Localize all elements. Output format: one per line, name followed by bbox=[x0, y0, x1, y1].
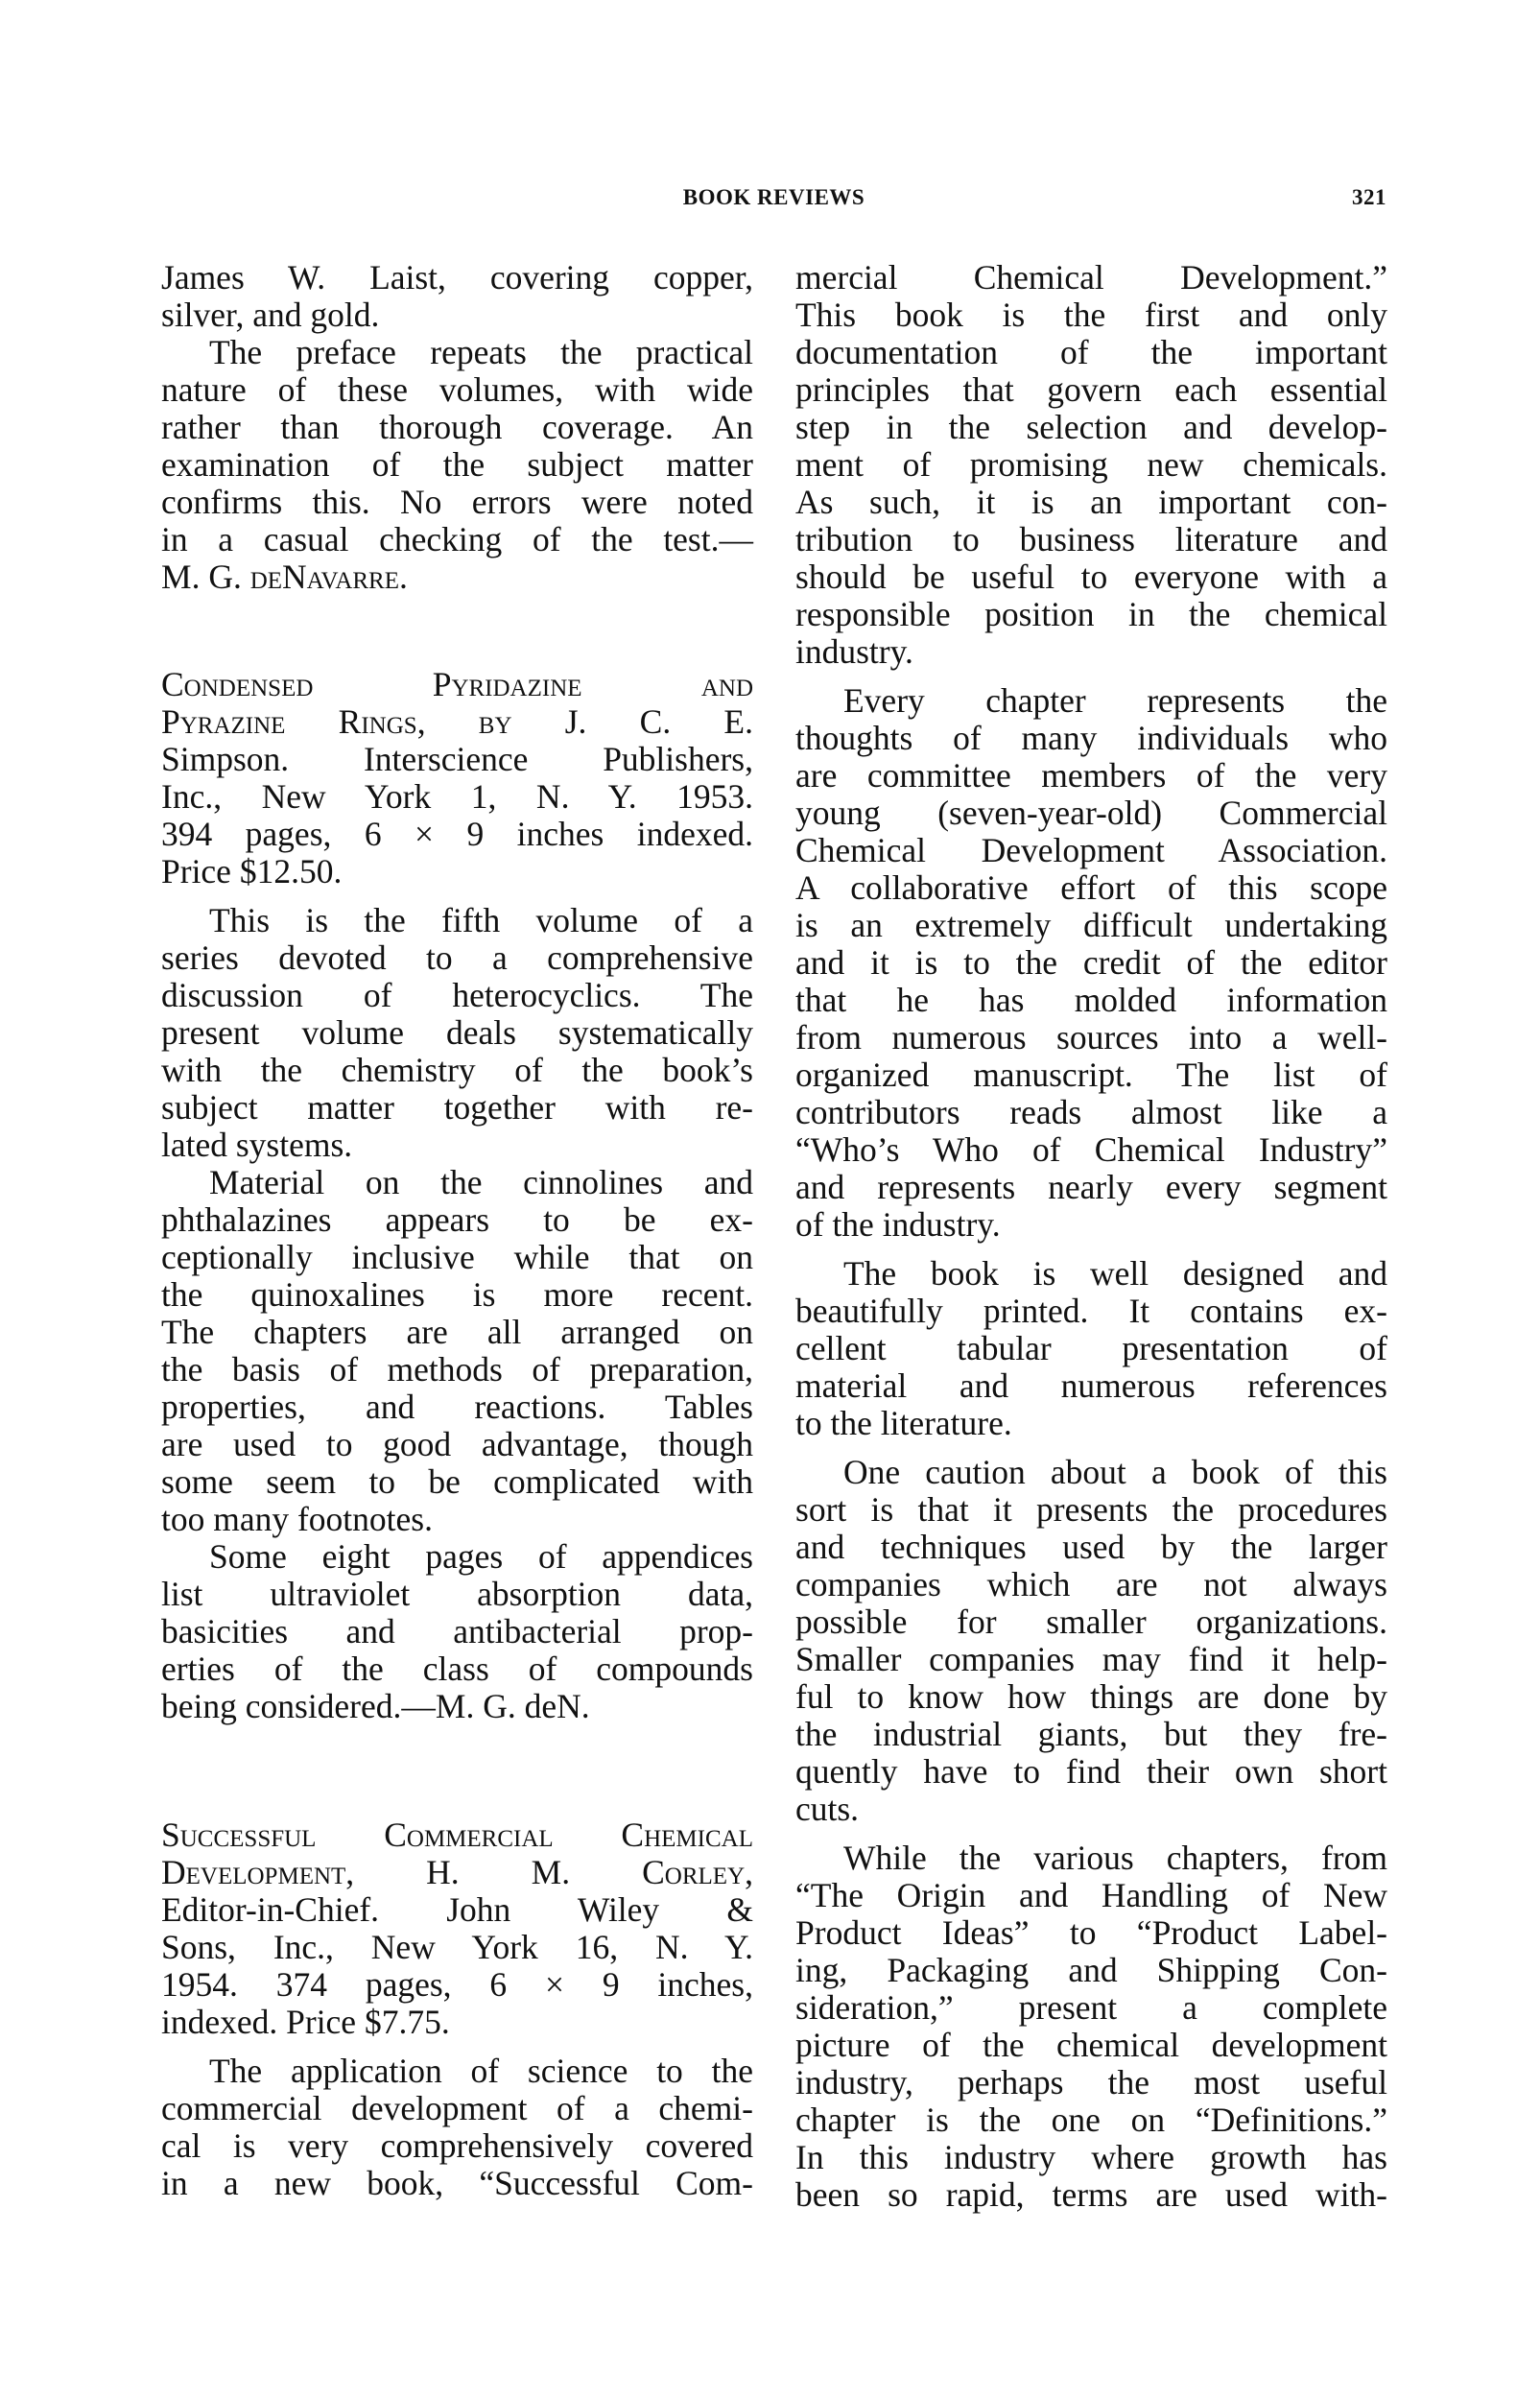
heading-line: Editor-in-Chief. John Wiley & bbox=[161, 1891, 753, 1929]
text-line: to the literature. bbox=[795, 1405, 1387, 1442]
text-line: young (seven-year-old) Commercial bbox=[795, 795, 1387, 832]
text-line: of the industry. bbox=[795, 1206, 1387, 1244]
text-line: lated systems. bbox=[161, 1127, 753, 1164]
heading-line: Development, H. M. Corley, bbox=[161, 1854, 753, 1891]
text-line: sideration,” present a complete bbox=[795, 1989, 1387, 2027]
text-line: While the various chapters, from bbox=[795, 1840, 1387, 1877]
text-line: are committee members of the very bbox=[795, 757, 1387, 795]
text-line: Some eight pages of appendices bbox=[161, 1538, 753, 1576]
text-line: documentation of the important bbox=[795, 334, 1387, 371]
heading-line: 1954. 374 pages, 6 × 9 inches, bbox=[161, 1966, 753, 2004]
text-line: thoughts of many individuals who bbox=[795, 720, 1387, 757]
text-line: The book is well designed and bbox=[795, 1255, 1387, 1293]
heading-line: Successful Commercial Chemical bbox=[161, 1816, 753, 1854]
text-line: are used to good advantage, though bbox=[161, 1426, 753, 1463]
text-line: cal is very comprehensively covered bbox=[161, 2127, 753, 2165]
text-line: step in the selection and develop- bbox=[795, 409, 1387, 446]
text-line: erties of the class of compounds bbox=[161, 1650, 753, 1688]
text-line: “Who’s Who of Chemical Industry” bbox=[795, 1131, 1387, 1169]
text-line: possible for smaller organizations. bbox=[795, 1603, 1387, 1641]
reviewer-signature: M. G. deNavarre. bbox=[161, 558, 753, 596]
text-line: ing, Packaging and Shipping Con- bbox=[795, 1952, 1387, 1989]
paragraph: This is the fifth volume of a series dev… bbox=[161, 902, 753, 1164]
text-line: organized manuscript. The list of bbox=[795, 1057, 1387, 1094]
text-line: Chemical Development Association. bbox=[795, 832, 1387, 869]
text-line: chapter is the one on “Definitions.” bbox=[795, 2101, 1387, 2139]
text-line: been so rapid, terms are used with- bbox=[795, 2176, 1387, 2214]
text-line: present volume deals systematically bbox=[161, 1014, 753, 1052]
text-line: Product Ideas” to “Product Label- bbox=[795, 1914, 1387, 1952]
paragraph: While the various chapters, from “The Or… bbox=[795, 1840, 1387, 2214]
text-line: rather than thorough coverage. An bbox=[161, 409, 753, 446]
text-line: A collaborative effort of this scope bbox=[795, 869, 1387, 907]
text-line: basicities and antibacterial prop- bbox=[161, 1613, 753, 1650]
paragraph: Material on the cinnolines and phthalazi… bbox=[161, 1164, 753, 1538]
left-column: James W. Laist, covering copper, silver,… bbox=[161, 259, 753, 2202]
heading-line: 394 pages, 6 × 9 inches indexed. bbox=[161, 816, 753, 853]
text-line: companies which are not always bbox=[795, 1566, 1387, 1603]
text-line: This book is the first and only bbox=[795, 297, 1387, 334]
text-line: James W. Laist, covering copper, bbox=[161, 259, 753, 297]
text-line: mercial Chemical Development.” bbox=[795, 259, 1387, 297]
text-line: nature of these volumes, with wide bbox=[161, 371, 753, 409]
text-line: and it is to the credit of the editor bbox=[795, 944, 1387, 982]
text-line: contributors reads almost like a bbox=[795, 1094, 1387, 1131]
right-column: mercial Chemical Development.” This book… bbox=[795, 259, 1387, 2214]
text-line: industry. bbox=[795, 633, 1387, 671]
signature-name: deNavarre. bbox=[250, 558, 408, 596]
text-line: commercial development of a chemi- bbox=[161, 2090, 753, 2127]
review-heading-commercial-chemical: Successful Commercial Chemical Developme… bbox=[161, 1816, 753, 2041]
text-line: subject matter together with re- bbox=[161, 1089, 753, 1127]
text-line: properties, and reactions. Tables bbox=[161, 1389, 753, 1426]
text-line: Material on the cinnolines and bbox=[161, 1164, 753, 1201]
review-heading-pyridazine: Condensed Pyridazine and Pyrazine Rings,… bbox=[161, 666, 753, 890]
text-line: is an extremely difficult undertaking bbox=[795, 907, 1387, 944]
paragraph: Some eight pages of appendices list ultr… bbox=[161, 1538, 753, 1725]
text-line: the basis of methods of preparation, bbox=[161, 1351, 753, 1389]
text-line: silver, and gold. bbox=[161, 297, 753, 334]
text-line: series devoted to a comprehensive bbox=[161, 939, 753, 977]
text-line: confirms this. No errors were noted bbox=[161, 484, 753, 521]
review-tail-laist: James W. Laist, covering copper, silver,… bbox=[161, 259, 753, 596]
text-line: some seem to be complicated with bbox=[161, 1463, 753, 1501]
text-line: principles that govern each essential bbox=[795, 371, 1387, 409]
text-line: that he has molded information bbox=[795, 982, 1387, 1019]
text-line: ful to know how things are done by bbox=[795, 1678, 1387, 1716]
text-line: the industrial giants, but they fre- bbox=[795, 1716, 1387, 1753]
heading-line: Price $12.50. bbox=[161, 853, 753, 890]
paragraph: The application of science to the commer… bbox=[161, 2053, 753, 2202]
text-line: in a new book, “Successful Com- bbox=[161, 2165, 753, 2202]
paragraph: James W. Laist, covering copper, silver,… bbox=[161, 259, 753, 334]
heading-line: Pyrazine Rings, by J. C. E. bbox=[161, 703, 753, 741]
text-line: Every chapter represents the bbox=[795, 682, 1387, 720]
text-line: picture of the chemical development bbox=[795, 2027, 1387, 2064]
heading-line: Simpson. Interscience Publishers, bbox=[161, 741, 753, 778]
text-line: Smaller companies may find it help- bbox=[795, 1641, 1387, 1678]
text-line: As such, it is an important con- bbox=[795, 484, 1387, 521]
text-line: cuts. bbox=[795, 1791, 1387, 1828]
paragraph: The book is well designed and beautifull… bbox=[795, 1255, 1387, 1442]
text-line: beautifully printed. It contains ex- bbox=[795, 1293, 1387, 1330]
text-line: In this industry where growth has bbox=[795, 2139, 1387, 2176]
text-line: in a casual checking of the test.— bbox=[161, 521, 753, 558]
text-line: and techniques used by the larger bbox=[795, 1529, 1387, 1566]
heading-line: indexed. Price $7.75. bbox=[161, 2004, 753, 2041]
text-line: The preface repeats the practical bbox=[161, 334, 753, 371]
text-line: the quinoxalines is more recent. bbox=[161, 1276, 753, 1314]
text-line: too many footnotes. bbox=[161, 1501, 753, 1538]
text-line: The chapters are all arranged on bbox=[161, 1314, 753, 1351]
text-line: responsible position in the chemical bbox=[795, 596, 1387, 633]
signature-initials: M. G. bbox=[161, 558, 250, 596]
text-line: material and numerous references bbox=[795, 1367, 1387, 1405]
text-line: industry, perhaps the most useful bbox=[795, 2064, 1387, 2101]
text-line: examination of the subject matter bbox=[161, 446, 753, 484]
text-line: cellent tabular presentation of bbox=[795, 1330, 1387, 1367]
text-line: sort is that it presents the procedures bbox=[795, 1491, 1387, 1529]
text-line: list ultraviolet absorption data, bbox=[161, 1576, 753, 1613]
text-line: One caution about a book of this bbox=[795, 1454, 1387, 1491]
paragraph: One caution about a book of this sort is… bbox=[795, 1454, 1387, 1828]
text-line: with the chemistry of the book’s bbox=[161, 1052, 753, 1089]
paragraph: The preface repeats the practical nature… bbox=[161, 334, 753, 596]
text-line: quently have to find their own short bbox=[795, 1753, 1387, 1791]
page-number: 321 bbox=[1352, 185, 1386, 210]
text-line: This is the fifth volume of a bbox=[161, 902, 753, 939]
text-line: phthalazines appears to be ex- bbox=[161, 1201, 753, 1239]
text-line: discussion of heterocyclics. The bbox=[161, 977, 753, 1014]
heading-line: Sons, Inc., New York 16, N. Y. bbox=[161, 1929, 753, 1966]
paragraph: Every chapter represents the thoughts of… bbox=[795, 682, 1387, 1244]
text-line: The application of science to the bbox=[161, 2053, 753, 2090]
running-header: BOOK REVIEWS 321 bbox=[161, 185, 1386, 216]
heading-line: Inc., New York 1, N. Y. 1953. bbox=[161, 778, 753, 816]
text-line: ment of promising new chemicals. bbox=[795, 446, 1387, 484]
text-line: tribution to business literature and bbox=[795, 521, 1387, 558]
text-line: should be useful to everyone with a bbox=[795, 558, 1387, 596]
text-line: being considered.—M. G. deN. bbox=[161, 1688, 753, 1725]
text-line: from numerous sources into a well- bbox=[795, 1019, 1387, 1057]
text-line: “The Origin and Handling of New bbox=[795, 1877, 1387, 1914]
paragraph: mercial Chemical Development.” This book… bbox=[795, 259, 1387, 671]
text-line: and represents nearly every segment bbox=[795, 1169, 1387, 1206]
text-line: ceptionally inclusive while that on bbox=[161, 1239, 753, 1276]
heading-line: Condensed Pyridazine and bbox=[161, 666, 753, 703]
running-title: BOOK REVIEWS bbox=[161, 185, 1386, 210]
